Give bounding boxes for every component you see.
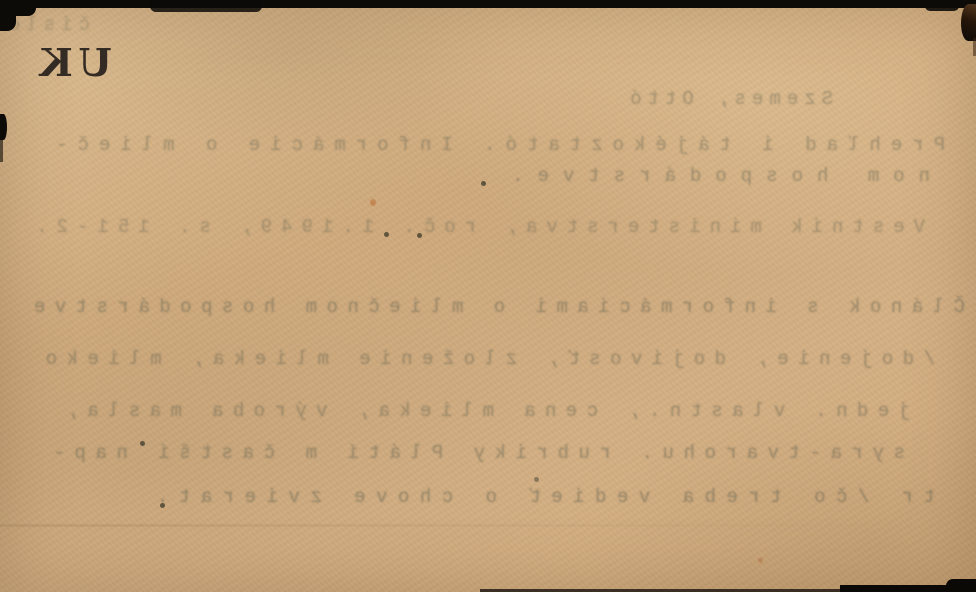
ink-dot [160, 503, 165, 508]
scan-edge-top [0, 0, 976, 8]
scan-edge-right-corner-curl [961, 4, 976, 41]
typed-line: číslo [3, 14, 90, 37]
typed-line-annotation: syra-tvarohu. rubriky Plátí m častší nap… [44, 442, 905, 465]
ink-dot [140, 441, 145, 446]
ink-dot [417, 233, 422, 238]
typed-line-annotation: /dojenie, dojivosť, zloženie mlieka, mli… [36, 348, 935, 371]
typed-line-annotation: tr /čo treba vedieť o chove zvierat. [147, 486, 935, 509]
ink-dot [534, 477, 539, 482]
scan-edge-left-nub [0, 114, 7, 140]
typed-line-title-cont: nom hospodárstve. [498, 165, 930, 188]
typed-line-citation: Vestník ministerstva, roč. 1.1949, s. 15… [27, 216, 925, 239]
scanned-card-frame: UK číslo Szemes, Ottó Prehľad i tájékozt… [0, 0, 976, 592]
typed-line-annotation: Článok s informáciami o mliečnom hospodá… [24, 296, 965, 319]
uk-library-stamp: UK [34, 40, 112, 85]
scan-edge-bottom-right-corner [946, 579, 976, 592]
typed-line-annotation: jedn. vlastn., cena mlieka, výroba masla… [57, 400, 910, 423]
typed-line-title: Prehľad i tájékoztató. Informácie o mlie… [46, 134, 945, 157]
scan-edge-top-bump [925, 0, 959, 11]
mirrored-text-layer: UK číslo Szemes, Ottó Prehľad i tájékozt… [0, 0, 976, 592]
scan-edge-top-left-corner [0, 0, 36, 16]
scan-edge-top-bump [150, 0, 262, 12]
typed-line-author: Szemes, Ottó [624, 88, 833, 111]
ink-dot [481, 181, 486, 186]
scan-edge-left-sliver [0, 140, 3, 162]
ink-dot [384, 232, 389, 237]
